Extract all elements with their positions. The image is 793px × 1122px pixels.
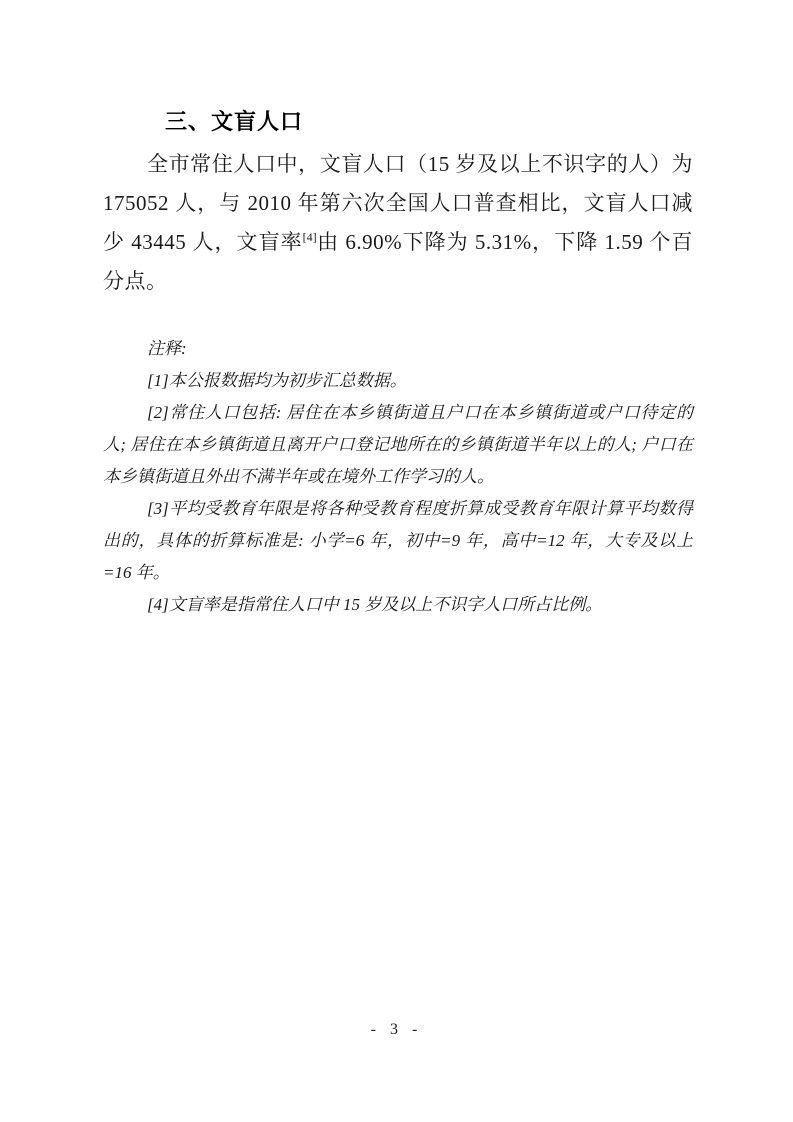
note-item-1: [1]本公报数据均为初步汇总数据。 bbox=[103, 365, 693, 397]
document-page: 三、文盲人口 全市常住人口中，文盲人口（15 岁及以上不识字的人）为 17505… bbox=[0, 0, 793, 1122]
body-paragraph: 全市常住人口中，文盲人口（15 岁及以上不识字的人）为 175052 人，与 2… bbox=[103, 145, 693, 301]
notes-heading: 注释: bbox=[103, 333, 693, 365]
note-item-3: [3]平均受教育年限是将各种受教育程度折算成受教育年限计算平均数得出的，具体的折… bbox=[103, 493, 693, 589]
note-item-4: [4]文盲率是指常住人口中 15 岁及以上不识字人口所占比例。 bbox=[103, 589, 693, 621]
page-number: - 3 - bbox=[0, 1020, 793, 1040]
section-heading: 三、文盲人口 bbox=[103, 108, 693, 136]
notes-section: 注释: [1]本公报数据均为初步汇总数据。 [2]常住人口包括: 居住在本乡镇街… bbox=[103, 333, 693, 621]
content-area: 三、文盲人口 全市常住人口中，文盲人口（15 岁及以上不识字的人）为 17505… bbox=[103, 0, 693, 621]
note-item-2: [2]常住人口包括: 居住在本乡镇街道且户口在本乡镇街道或户口待定的人; 居住在… bbox=[103, 397, 693, 493]
footnote-ref-4: [4] bbox=[303, 230, 317, 244]
